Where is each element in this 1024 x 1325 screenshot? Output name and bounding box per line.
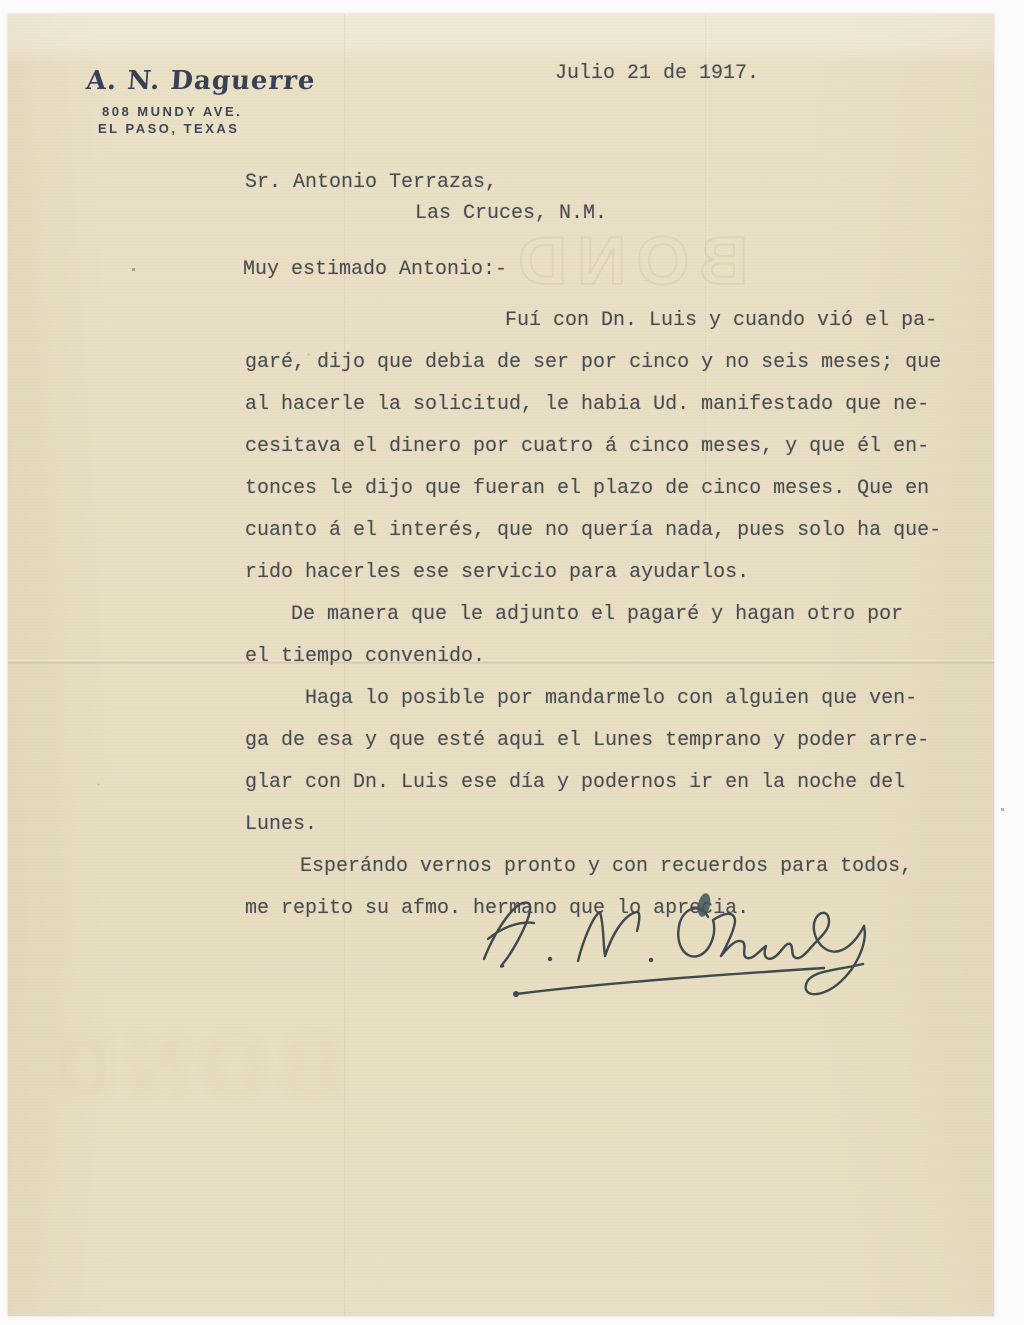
letter-line: rido hacerles ese servicio para ayudarlo… <box>245 552 965 594</box>
letter-line: garé, dijo que debia de ser por cinco y … <box>245 342 965 384</box>
recipient-city: Las Cruces, N.M. <box>415 202 607 225</box>
letter-date: Julio 21 de 1917. <box>555 62 759 85</box>
letterhead-name: A. N. Daguerre <box>85 66 317 96</box>
signature-graphic <box>470 885 910 1015</box>
letter-body: Fuí con Dn. Luis y cuando vió el pa-garé… <box>245 300 965 930</box>
letter-line: Fuí con Dn. Luis y cuando vió el pa- <box>245 300 965 342</box>
letter-line: ga de esa y que esté aqui el Lunes tempr… <box>245 720 965 762</box>
paper-watermark-bond: BOND <box>508 222 748 300</box>
letter-line: Haga lo posible por mandarmelo con algui… <box>245 678 965 720</box>
letter-line: el tiempo convenido. <box>245 636 965 678</box>
letter-line: De manera que le adjunto el pagaré y hag… <box>245 594 965 636</box>
signature <box>470 885 910 1015</box>
letter-line: cesitava el dinero por cuatro á cinco me… <box>245 426 965 468</box>
recipient-name: Sr. Antonio Terrazas, <box>245 171 497 194</box>
letter-line: al hacerle la solicitud, le habia Ud. ma… <box>245 384 965 426</box>
paper-watermark-ghost: BOND <box>38 1019 341 1116</box>
scan-background: BOND BOND A. N. Daguerre 808 MUNDY AVE. … <box>0 0 1024 1325</box>
letter-line: Lunes. <box>245 804 965 846</box>
letter-line: cuanto á el interés, que no quería nada,… <box>245 510 965 552</box>
letter-paper: BOND BOND A. N. Daguerre 808 MUNDY AVE. … <box>8 14 994 1316</box>
letter-line: glar con Dn. Luis ese día y podernos ir … <box>245 762 965 804</box>
letter-line: Esperándo vernos pronto y con recuerdos … <box>245 846 965 888</box>
letterhead-address-line1: 808 MUNDY AVE. <box>102 104 242 119</box>
dust-specks <box>8 14 9 15</box>
letter-line: tonces le dijo que fueran el plazo de ci… <box>245 468 965 510</box>
letterhead-address-line2: EL PASO, TEXAS <box>98 121 239 136</box>
salutation: Muy estimado Antonio:- <box>243 258 507 281</box>
